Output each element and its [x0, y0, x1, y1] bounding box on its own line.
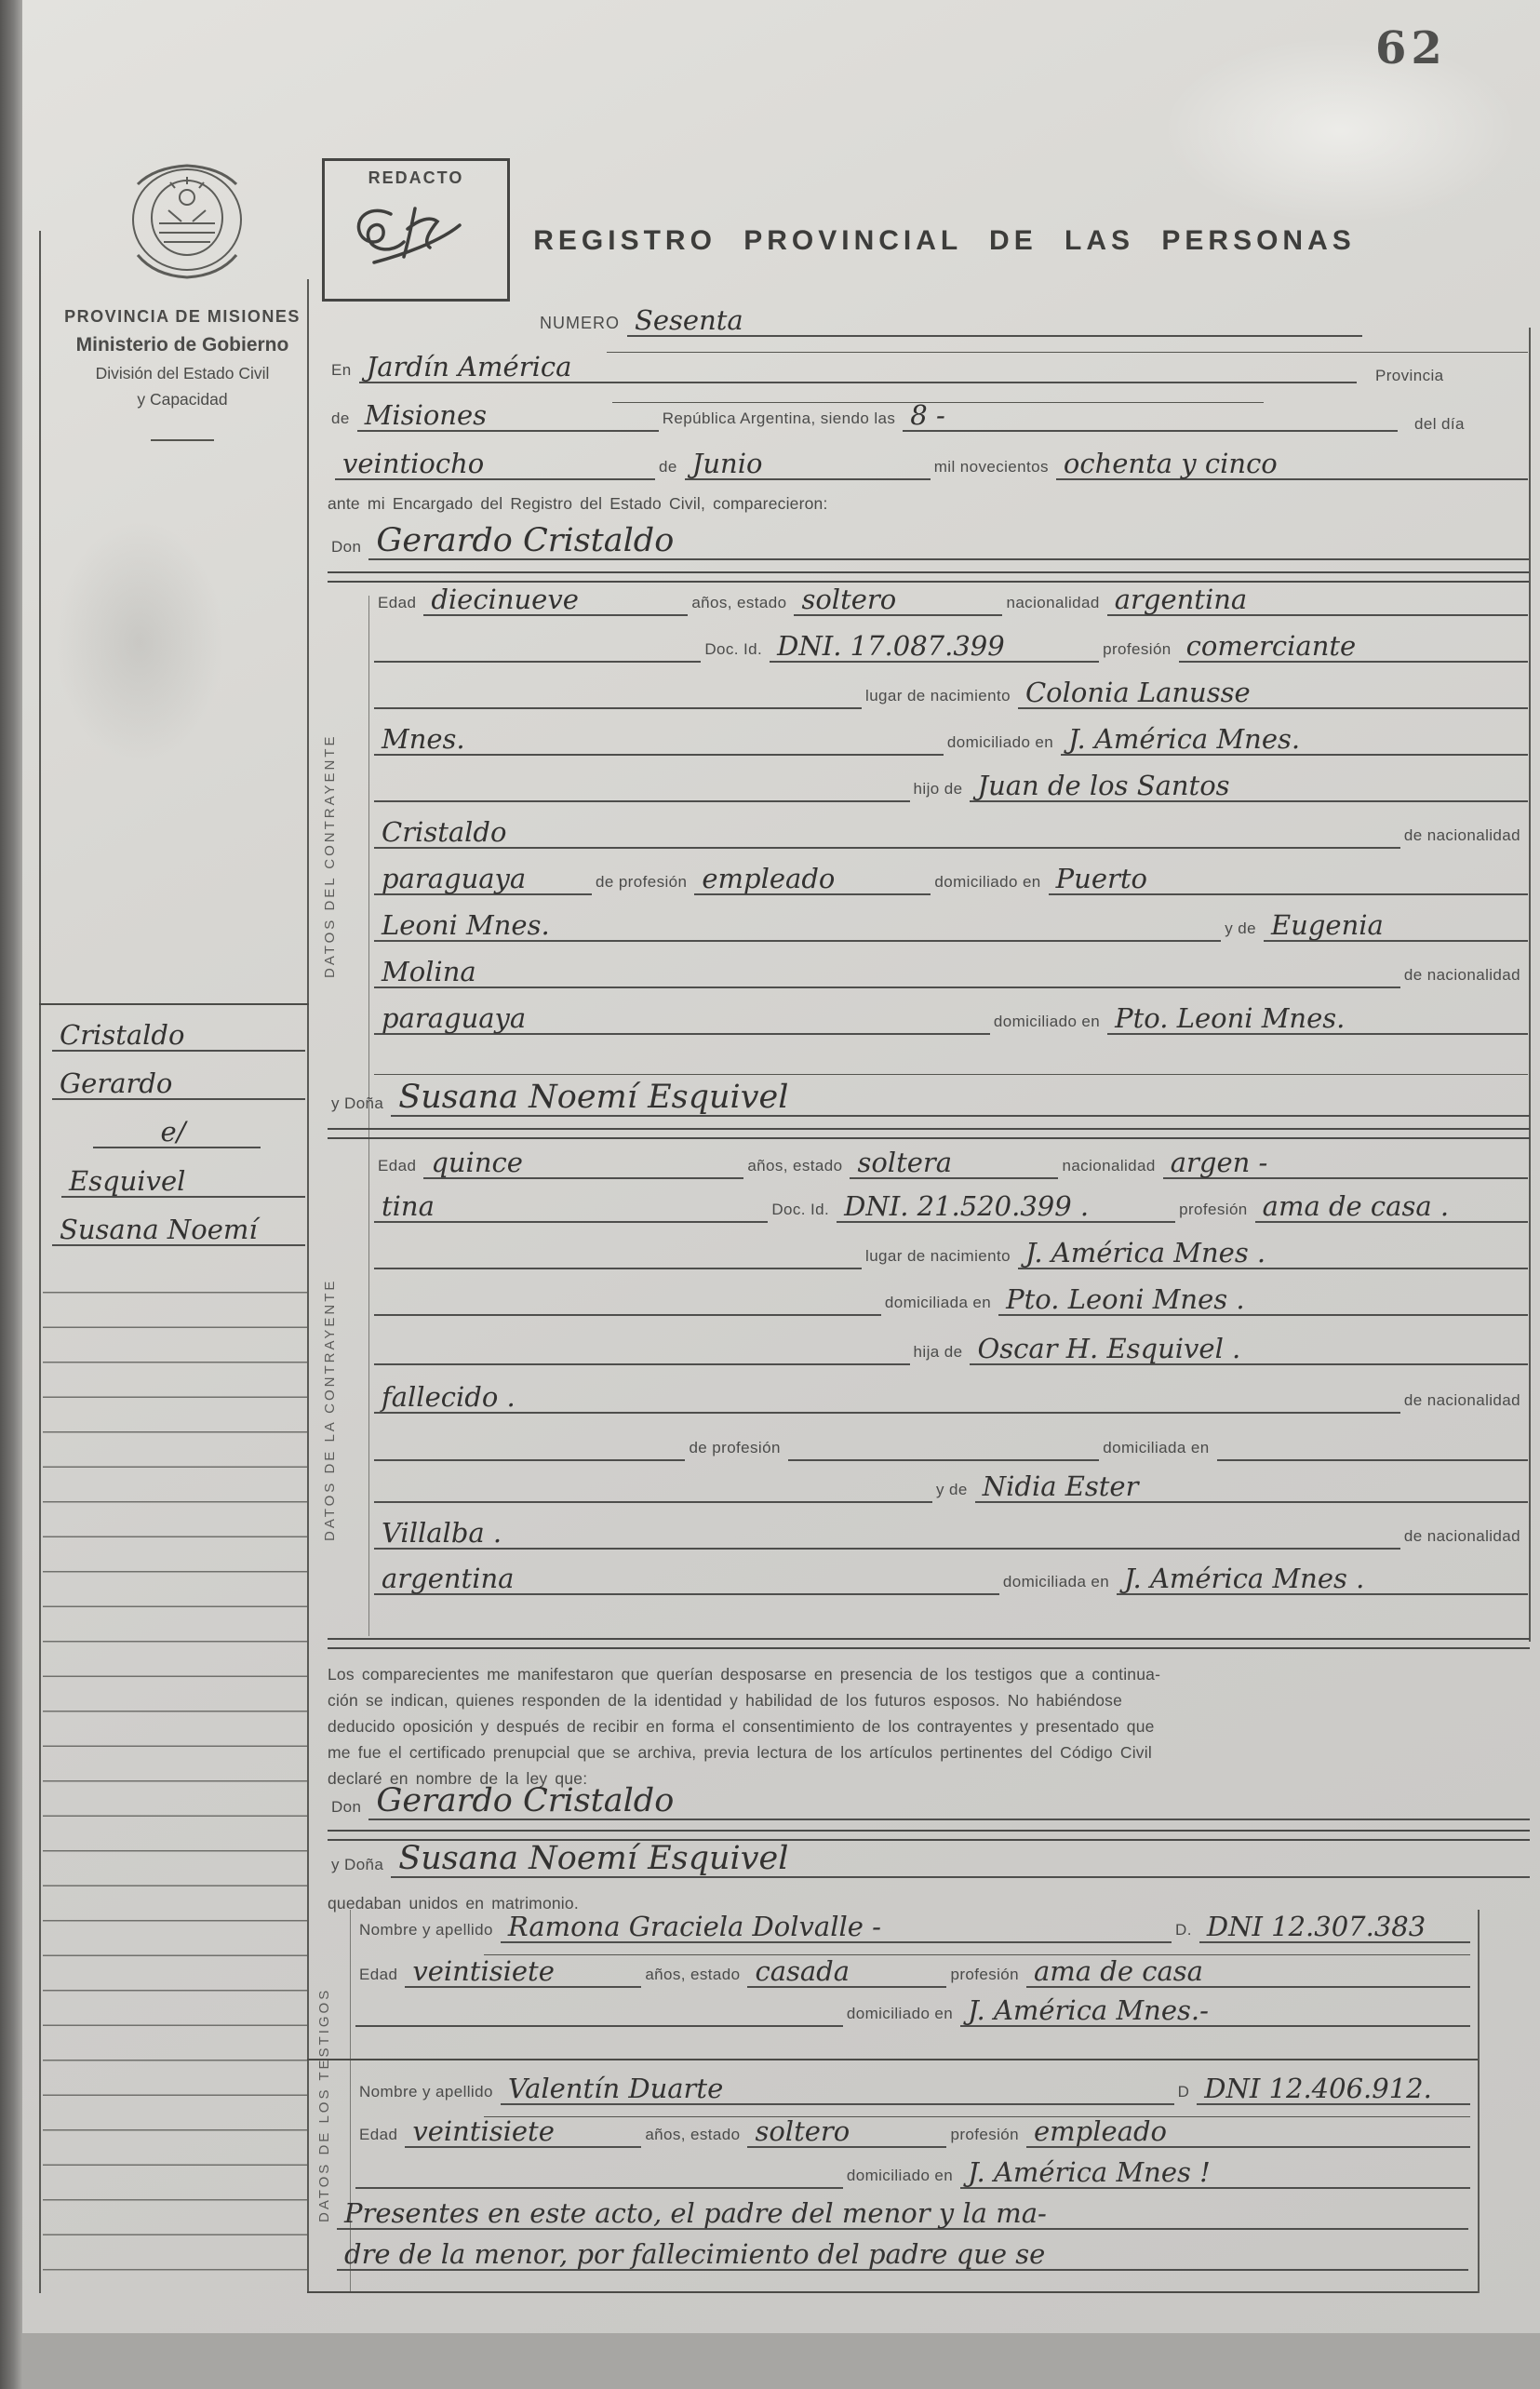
place-value: Jardín América [359, 354, 587, 383]
groom-birthplace-value2: Mnes. [374, 726, 499, 756]
bride-age-row: Edad quince años, estado soltera naciona… [374, 1140, 1528, 1179]
blank-line [355, 2185, 843, 2189]
groom-birthplace-value: Colonia Lanusse [1018, 679, 1528, 709]
handwritten-note-row: dre de la menor, por fallecimiento del p… [337, 2232, 1468, 2271]
don-label: Don [328, 538, 368, 560]
letterhead-capacity: y Capacidad [47, 390, 318, 409]
groom-estado-value: soltero [794, 586, 1002, 616]
witness-box-right-border [1478, 1910, 1480, 2293]
bride-mother-row: y de Nidia Ester [374, 1464, 1528, 1503]
hijo-de-label: hijo de [910, 780, 971, 802]
edad-label: Edad [374, 594, 423, 616]
place-row: En Jardín América [328, 342, 1357, 383]
groom-birthplace-row: lugar de nacimiento Colonia Lanusse [374, 670, 1528, 709]
nombre-apellido-label: Nombre y apellido [355, 2083, 501, 2105]
groom-father-detail-row: paraguaya de profesión empleado domicili… [374, 856, 1528, 895]
groom-father-value: Juan de los Santos [970, 772, 1528, 802]
de-nacionalidad-label: de nacionalidad [1400, 826, 1528, 849]
bride-name-row: y Doña Susana Noemí Esquivel [328, 1068, 1530, 1117]
declaration-groom-row: Don Gerardo Cristaldo [328, 1774, 1530, 1820]
bride-name-value: Susana Noemí Esquivel [391, 1081, 1065, 1117]
blank-line [374, 799, 910, 802]
witness1-name-value: Ramona Graciela Dolvalle - [501, 1913, 923, 1943]
domiciliado-label: domiciliado en [843, 2005, 960, 2027]
margin-bride-firstname: Susana Noemí [52, 1216, 305, 1246]
de-nacionalidad2-label: de nacionalidad [1400, 1527, 1528, 1550]
declaration-bride-name: Susana Noemí Esquivel [391, 1843, 1009, 1878]
estado-label: años, estado [688, 594, 794, 616]
redacto-label: REDACTO [325, 168, 507, 188]
bride-doc-value: DNI. 21.520.399 . [837, 1193, 1175, 1223]
bride-age-value: quince [423, 1149, 743, 1179]
blank-line [374, 1312, 881, 1316]
blank-line [1217, 1457, 1528, 1461]
provincial-seal-icon [117, 156, 257, 289]
witness1-age-row: Edad veintisiete años, estado casada pro… [355, 1949, 1470, 1988]
witness2-domicile-value: J. América Mnes ! [960, 2159, 1470, 2189]
double-rule [328, 1128, 1530, 1139]
margin-note-row: e/ [93, 1107, 261, 1148]
edad-label: Edad [355, 1966, 405, 1988]
bride-domicile-row: domiciliada en Pto. Leoni Mnes . [374, 1277, 1528, 1316]
bride-section-label: DATOS DE LA CONTRAYENTE [322, 1168, 338, 1652]
domiciliado-label: domiciliado en [931, 873, 1048, 895]
margin-note-row: Cristaldo [52, 1011, 305, 1052]
declaration-line: ción se indican, quienes responden de la… [328, 1688, 1122, 1712]
de-profesion-label: de profesión [685, 1439, 787, 1461]
groom-mother2-row: Molina de nacionalidad [374, 949, 1528, 988]
domiciliada3-label: domiciliada en [999, 1573, 1117, 1595]
d-label: D. [1172, 1921, 1199, 1943]
witness1-domicile-row: domiciliado en J. América Mnes.- [355, 1988, 1470, 2027]
blank-line [923, 2101, 1174, 2105]
witness2-estado-value: soltero [747, 2118, 946, 2148]
blank-line [912, 557, 1530, 560]
d-label: D [1174, 2083, 1198, 2105]
groom-section-label: DATOS DEL CONTRAYENTE [322, 614, 338, 1098]
blank-line [374, 1266, 862, 1269]
blank-line [923, 1939, 1172, 1943]
groom-age-row: Edad diecinueve años, estado soltero nac… [374, 577, 1528, 616]
blank-line [374, 1362, 910, 1365]
father-domicile-value2: Leoni Mnes. [374, 912, 610, 942]
blank-line [586, 380, 1357, 383]
witness2-name-value: Valentín Duarte [501, 2075, 923, 2105]
margin-groom-surname: Cristaldo [52, 1022, 305, 1052]
margin-box-top [39, 1003, 309, 1005]
nombre-apellido-label: Nombre y apellido [355, 1921, 501, 1943]
note-line2: dre de la menor, por fallecimiento del p… [337, 2241, 1468, 2271]
bride-profesion-value: ama de casa . [1255, 1193, 1528, 1223]
y-de-label: y de [932, 1481, 975, 1503]
handwritten-note-row: Presentes en este acto, el padre del men… [337, 2191, 1468, 2230]
numero-value: Sesenta [627, 307, 758, 337]
declaration-groom-name: Gerardo Cristaldo [368, 1785, 875, 1820]
bride-nacionalidad-value2: tina [374, 1193, 517, 1223]
blank-line [374, 705, 862, 709]
groom-father-row: hijo de Juan de los Santos [374, 763, 1528, 802]
bride-father-detail-row: de profesión domiciliada en [374, 1422, 1528, 1461]
blank-line [573, 845, 1400, 849]
groom-age-value: diecinueve [423, 586, 688, 616]
witness1-profesion-value: ama de casa [1026, 1958, 1470, 1988]
bride-estado-value: soltera [850, 1149, 1058, 1179]
de2-label: de [655, 458, 685, 480]
witnesses-section-label: DATOS DE LOS TESTIGOS [316, 1928, 332, 2282]
groom-father2-row: Cristaldo de nacionalidad [374, 810, 1528, 849]
mother-nationality-value: paraguaya [374, 1005, 592, 1035]
margin-note-row: Gerardo [52, 1059, 305, 1100]
hour-value: 8 - [903, 402, 1018, 432]
letterhead-division: División del Estado Civil [47, 364, 318, 383]
edad-label: Edad [374, 1157, 423, 1179]
father-domicile-value: Puerto [1049, 866, 1528, 895]
margin-left-border [39, 231, 41, 2293]
profesion-label: profesión [946, 2126, 1026, 2148]
nacionalidad-label: nacionalidad [1002, 594, 1106, 616]
bride-mother-nationality: argentina [374, 1565, 610, 1595]
letterhead-divider [151, 439, 214, 441]
bride-domicile-value: Pto. Leoni Mnes . [998, 1286, 1528, 1316]
witness1-age-value: veintisiete [405, 1958, 641, 1988]
de-label: de [328, 409, 357, 432]
numero-label: NUMERO [536, 314, 627, 337]
doc-label: Doc. Id. [768, 1201, 837, 1223]
redacto-signature-icon [337, 188, 495, 274]
father-deceased-value: fallecido . [374, 1384, 601, 1414]
groom-doc-row: Doc. Id. DNI. 17.087.399 profesión comer… [374, 624, 1528, 663]
margin-note-row: Esquivel [61, 1157, 305, 1198]
letterhead-ministry: Ministerio de Gobierno [47, 334, 318, 356]
witness-separator [307, 2059, 1478, 2060]
blank-line [517, 1219, 768, 1223]
blank-line [788, 1457, 1099, 1461]
blank-line [374, 659, 701, 663]
witness1-dni-value: DNI 12.307.383 [1199, 1913, 1470, 1943]
letterhead: PROVINCIA DE MISIONES Ministerio de Gobi… [47, 307, 318, 416]
declaration-line: deducido oposición y después de recibir … [328, 1714, 1155, 1738]
de-profesion-label: de profesión [592, 873, 694, 895]
witness2-age-value: veintisiete [405, 2118, 641, 2148]
witness2-name-row: Nombre y apellido Valentín Duarte D DNI … [355, 2064, 1470, 2105]
page-number: 62 [1375, 22, 1447, 74]
estado-label: años, estado [641, 1966, 747, 1988]
mil-label: mil novecientos [931, 458, 1056, 480]
witness-box-bottom [307, 2291, 1478, 2293]
y-dona-label: y Doña [328, 1856, 391, 1878]
province-row: de Misiones República Argentina, siendo … [328, 391, 1398, 432]
father-profession-value: empleado [694, 866, 931, 895]
y-dona-label: y Doña [328, 1094, 391, 1117]
bride-mother2-row: Villalba . de nacionalidad [374, 1510, 1528, 1550]
don-label: Don [328, 1798, 368, 1820]
letterhead-province: PROVINCIA DE MISIONES [47, 307, 318, 327]
profesion-label: profesión [946, 1966, 1026, 1988]
groom-domicilio-value: J. América Mnes. [1061, 726, 1528, 756]
blank-line [601, 1410, 1400, 1414]
de-nacionalidad2-label: de nacionalidad [1400, 966, 1528, 988]
scanned-marriage-record: 62 PROVINCIA DE MISIONES Ministerio de G… [0, 0, 1540, 2389]
bride-birthplace-row: lugar de nacimiento J. América Mnes . [374, 1230, 1528, 1269]
provincia-label: Provincia [1372, 367, 1452, 389]
blank-line [1018, 428, 1398, 432]
date-row: veintiocho de Junio mil novecientos oche… [335, 439, 1528, 480]
blank-line [610, 1591, 999, 1595]
republica-label: República Argentina, siendo las [659, 409, 904, 432]
bride-mother-detail-row: argentina domiciliada en J. América Mnes… [374, 1556, 1528, 1595]
bride-father-row: hija de Oscar H. Esquivel . [374, 1326, 1528, 1365]
blank-line [555, 985, 1400, 988]
domiciliada-label: domiciliada en [881, 1294, 998, 1316]
redacto-stamp-box: REDACTO [322, 158, 510, 302]
doc-label: Doc. Id. [701, 640, 770, 663]
note-line1: Presentes en este acto, el padre del men… [337, 2200, 1468, 2230]
form-right-border [1529, 328, 1531, 1642]
blank-line [610, 938, 1221, 942]
groom-name-value: Gerardo Cristaldo [368, 525, 912, 560]
declaration-line: Los comparecientes me manifestaron que q… [328, 1662, 1160, 1686]
year-value: ochenta y cinco [1056, 450, 1528, 480]
domiciliada2-label: domiciliada en [1099, 1439, 1216, 1461]
blank-line [374, 1499, 932, 1503]
province-value: Misiones [357, 402, 659, 432]
domicilio-label: domiciliado en [944, 733, 1061, 756]
blank-line [875, 1817, 1530, 1820]
father-nationality-value: paraguaya [374, 866, 592, 895]
numero-row: NUMERO Sesenta [536, 296, 1362, 337]
section-separator [328, 1638, 1530, 1649]
edad-label: Edad [355, 2126, 405, 2148]
day-value: veintiocho [335, 450, 655, 480]
form-title: REGISTRO PROVINCIAL DE LAS PERSONAS [521, 225, 1368, 257]
profesion-label: profesión [1175, 1201, 1255, 1223]
margin-ruled-lines [43, 1258, 307, 2289]
margin-note-row: Susana Noemí [52, 1205, 305, 1246]
estado-label: años, estado [743, 1157, 850, 1179]
margin-groom-firstname: Gerardo [52, 1070, 305, 1100]
witness2-age-row: Edad veintisiete años, estado soltero pr… [355, 2109, 1470, 2148]
nacimiento-label: lugar de nacimiento [862, 687, 1018, 709]
groom-mother-detail-row: paraguaya domiciliado en Pto. Leoni Mnes… [374, 996, 1528, 1035]
nacimiento-label: lugar de nacimiento [862, 1247, 1018, 1269]
declaration-bride-row: y Doña Susana Noemí Esquivel [328, 1832, 1530, 1878]
mother-domicile-value: Pto. Leoni Mnes. [1107, 1005, 1528, 1035]
bride-birthplace-value: J. América Mnes . [1018, 1240, 1528, 1269]
form-left-border [307, 279, 309, 2293]
margin-bride-surname: Esquivel [61, 1168, 305, 1198]
groom-father-surname: Cristaldo [374, 819, 573, 849]
bride-mother-surname: Villalba . [374, 1520, 583, 1550]
witness1-name-row: Nombre y apellido Ramona Graciela Dolval… [355, 1900, 1470, 1943]
blank-line [499, 752, 944, 756]
groom-doc-value: DNI. 17.087.399 [770, 633, 1099, 663]
bride-mother-value: Nidia Ester [975, 1473, 1528, 1503]
blank-line [355, 2023, 843, 2027]
mother-name-value: Eugenia [1264, 912, 1528, 942]
bride-doc-row: tina Doc. Id. DNI. 21.520.399 . profesió… [374, 1184, 1528, 1223]
bride-mother-domicile: J. América Mnes . [1117, 1565, 1528, 1595]
bride-father2-row: fallecido . de nacionalidad [374, 1375, 1528, 1414]
del-dia-label: del día [1411, 415, 1472, 437]
month-value: Junio [685, 450, 931, 480]
groom-birthplace2-row: Mnes. domiciliado en J. América Mnes. [374, 717, 1528, 756]
declaration-line: me fue el certificado prenupcial que se … [328, 1740, 1152, 1765]
blank-line [592, 1031, 990, 1035]
blank-line [583, 1546, 1400, 1550]
estado-label: años, estado [641, 2126, 747, 2148]
witness2-profesion-value: empleado [1026, 2118, 1470, 2148]
bride-nacionalidad-value: argen - [1163, 1149, 1528, 1179]
witness2-dni-value: DNI 12.406.912. [1197, 2075, 1470, 2105]
margin-conjunction: e/ [93, 1119, 261, 1148]
nacionalidad-label: nacionalidad [1058, 1157, 1162, 1179]
bride-father-value: Oscar H. Esquivel . [970, 1335, 1528, 1365]
groom-profesion-value: comerciante [1179, 633, 1528, 663]
blank-line [1065, 1113, 1530, 1117]
y-de-label: y de [1221, 919, 1264, 942]
witness2-domicile-row: domiciliado en J. América Mnes ! [355, 2150, 1470, 2189]
domiciliado-label: domiciliado en [843, 2167, 960, 2189]
witness1-domicile-value: J. América Mnes.- [960, 1997, 1470, 2027]
groom-name-row: Don Gerardo Cristaldo [328, 512, 1530, 560]
blank-line [758, 333, 1362, 337]
de-nacionalidad-label: de nacionalidad [1400, 1391, 1528, 1414]
witness1-estado-value: casada [747, 1958, 946, 1988]
blank-line [374, 1457, 685, 1461]
groom-mother-row: Leoni Mnes. y de Eugenia [374, 903, 1528, 942]
en-label: En [328, 361, 359, 383]
domiciliado2-label: domiciliado en [990, 1013, 1107, 1035]
blank-line [1009, 1874, 1530, 1878]
mother-surname-value: Molina [374, 959, 555, 988]
profesion-label: profesión [1099, 640, 1179, 663]
hija-de-label: hija de [910, 1343, 971, 1365]
book-gutter-shadow [0, 0, 22, 2389]
groom-nacionalidad-value: argentina [1107, 586, 1528, 616]
